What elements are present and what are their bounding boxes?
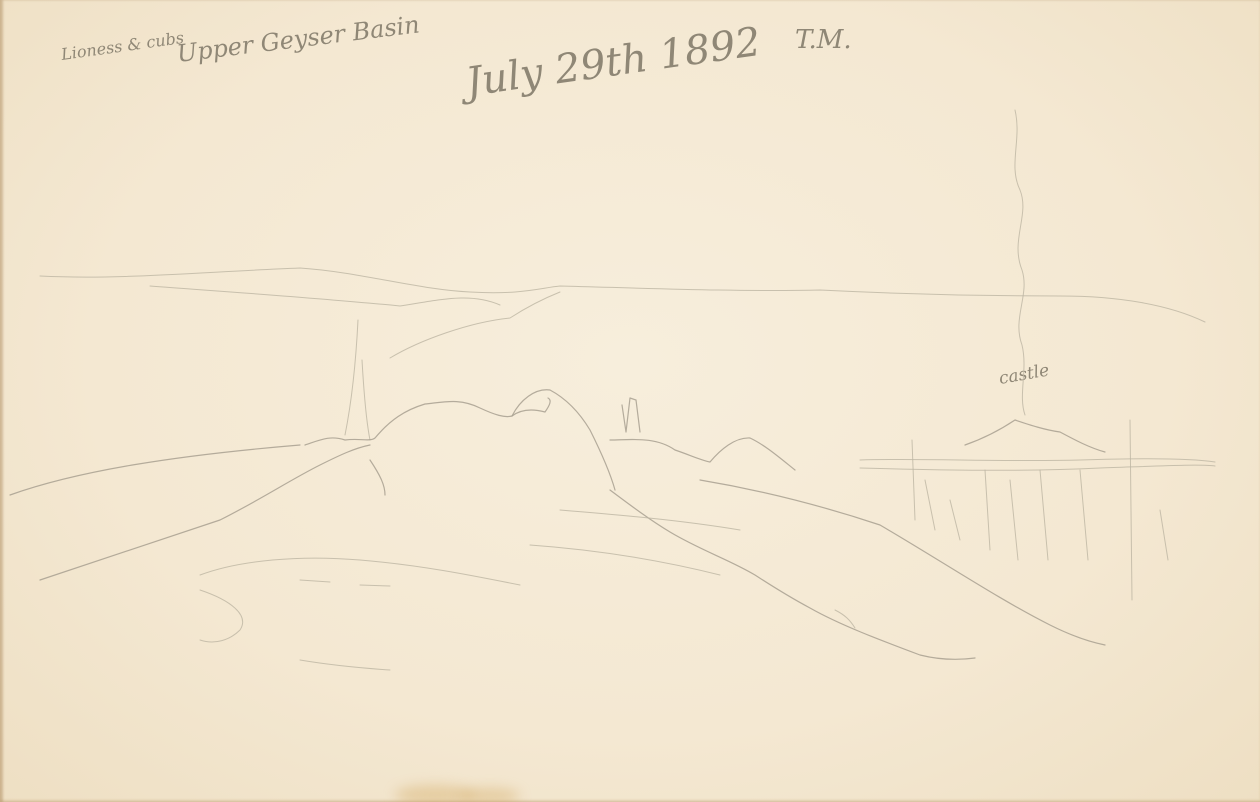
castle-mound xyxy=(965,420,1105,452)
inscription-date: July 29th 1892 xyxy=(456,19,764,107)
inscription-location: Upper Geyser Basin xyxy=(175,10,421,68)
inscription-initials: T.M. xyxy=(795,25,852,55)
foreground-rim xyxy=(40,445,370,580)
pool-outline xyxy=(200,558,520,585)
distant-ridge xyxy=(40,268,1205,322)
sketch-paper: Lioness & cubs Upper Geyser Basin July 2… xyxy=(0,0,1260,802)
left-slope xyxy=(10,445,300,495)
pencil-drawing: Lioness & cubs Upper Geyser Basin July 2… xyxy=(0,0,1260,802)
geyser-jet xyxy=(345,320,358,435)
central-mound xyxy=(305,390,615,490)
trees-right xyxy=(912,420,1168,600)
inscription-small: Lioness & cubs xyxy=(59,28,185,64)
